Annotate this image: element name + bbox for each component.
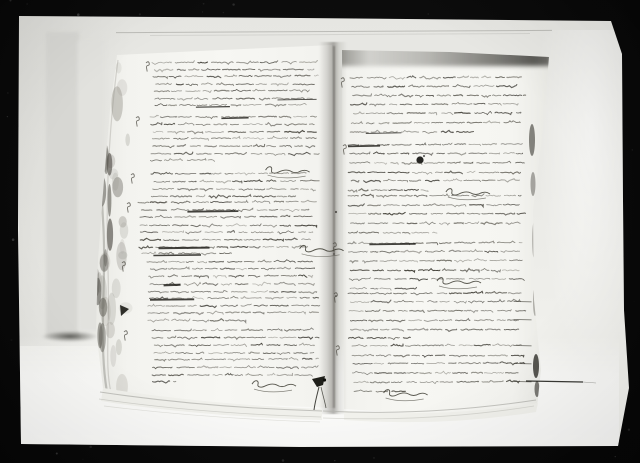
bookmark-tie [312, 376, 326, 410]
right-page-handwriting [333, 76, 532, 401]
left-page-handwriting [122, 61, 344, 392]
microfilm-frame [0, 0, 640, 463]
stray-line-mark [526, 381, 596, 383]
manuscript-ink-layer [0, 0, 640, 463]
backing-board [0, 0, 640, 463]
